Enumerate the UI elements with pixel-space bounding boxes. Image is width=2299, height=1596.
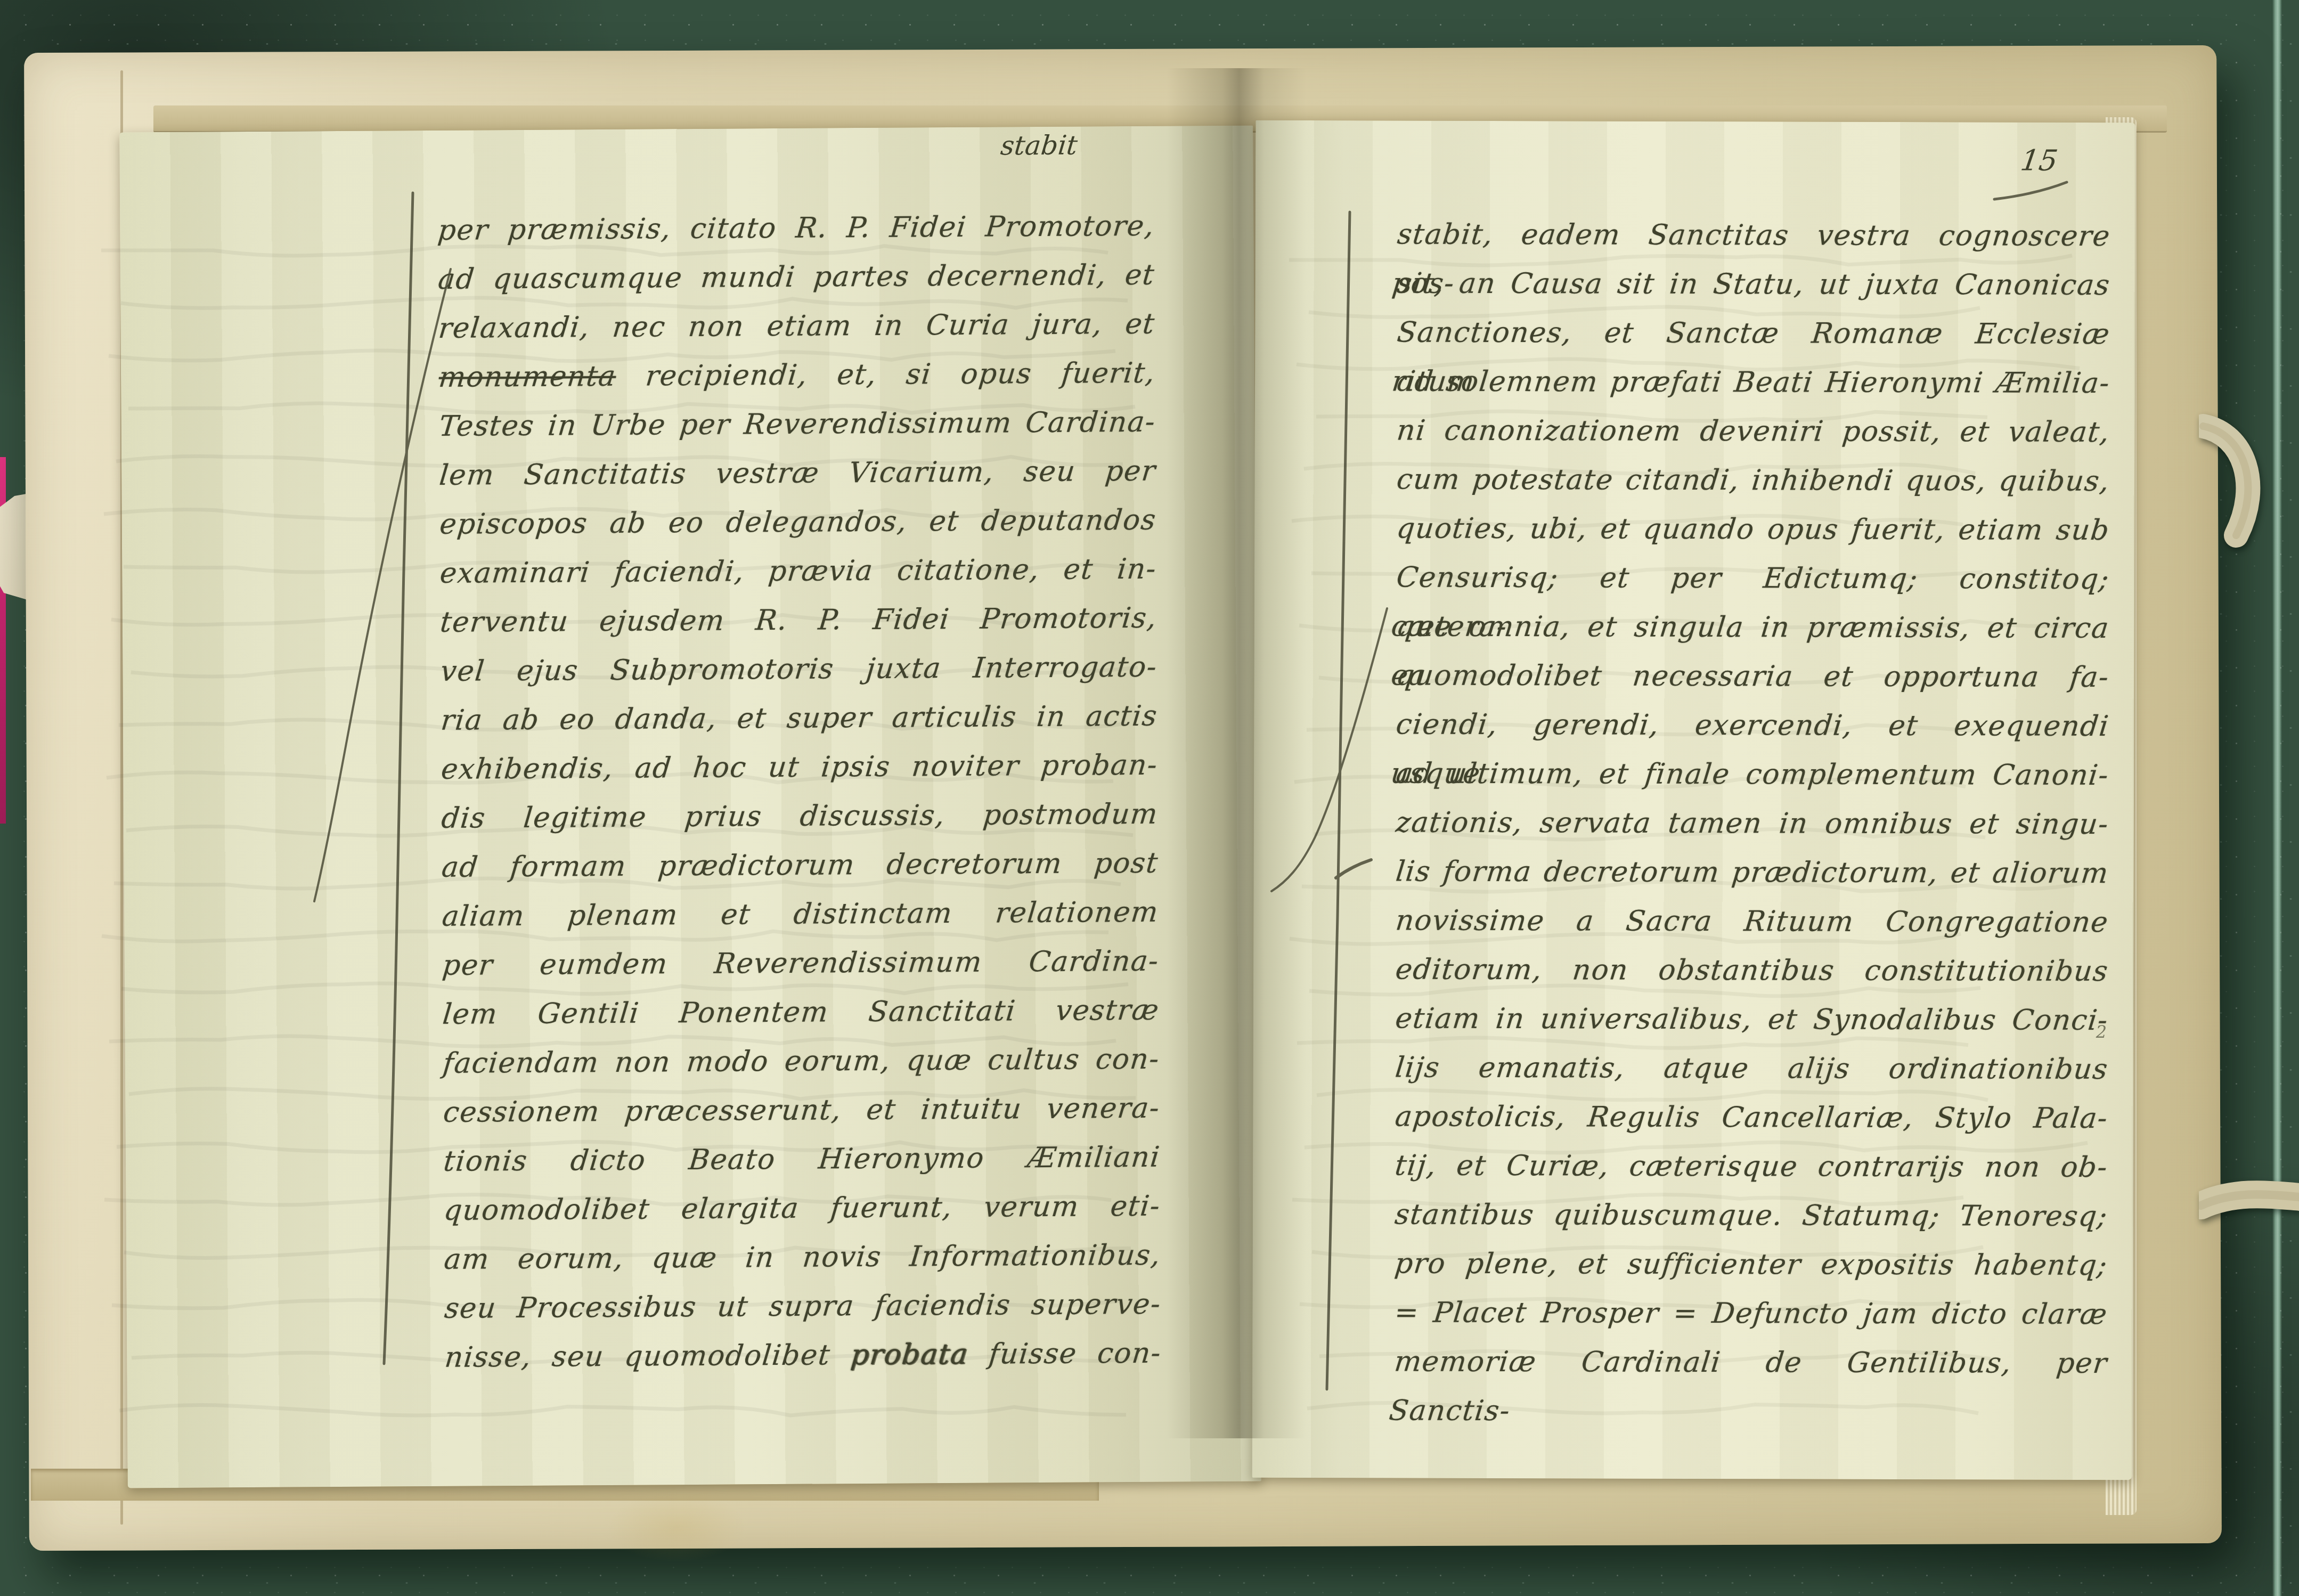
- manuscript-text-line: editorum, non obstantibus constitutionib…: [1393, 946, 2111, 996]
- manuscript-text-line: = Placet Prosper = Defuncto jam dicto cl…: [1392, 1289, 2110, 1339]
- right-edge-ruler-line: [2272, 0, 2282, 1596]
- manuscript-text-line: lis forma decretorum prædictorum, et ali…: [1393, 848, 2112, 898]
- manuscript-text-line: stabit, eadem Sanctitas vestra cognoscer…: [1395, 210, 2113, 261]
- manuscript-text-line: per præmissis, citato R. P. Fidei Promot…: [436, 202, 1157, 255]
- binding-tie-right-lower: [2199, 1164, 2299, 1233]
- manuscript-text-line: ad quascumque mundi partes decernendi, e…: [436, 251, 1157, 304]
- left-page: per præmissis, citato R. P. Fidei Promot…: [119, 126, 1261, 1488]
- manuscript-text-line: aliam plenam et distinctam relationem: [440, 888, 1161, 941]
- photo-scene: per præmissis, citato R. P. Fidei Promot…: [0, 0, 2299, 1596]
- manuscript-text-line: ad ultimum, et finale complementum Canon…: [1393, 750, 2112, 800]
- manuscript-text-line: nisse, seu quomodolibet probata fuisse c…: [443, 1329, 1164, 1382]
- manuscript-text-line: quoties, ubi, et quando opus fuerit, eti…: [1394, 504, 2112, 555]
- manuscript-text-line: am eorum, quæ in novis Informationibus,: [442, 1231, 1163, 1284]
- manuscript-text-line: per eumdem Reverendissimum Cardina-: [440, 937, 1161, 990]
- manuscript-text-line: quomodolibet necessaria et opportuna fa-: [1393, 652, 2112, 702]
- manuscript-text-line: seu Processibus ut supra faciendis super…: [442, 1280, 1163, 1333]
- binding-tie-right-upper: [2199, 405, 2279, 559]
- manuscript-text-line: Testes in Urbe per Reverendissimum Cardi…: [437, 398, 1158, 451]
- manuscript-text-line: vel ejus Subpromotoris juxta Interrogato…: [438, 643, 1160, 696]
- manuscript-text-line: zationis, servata tamen in omnibus et si…: [1393, 799, 2112, 849]
- manuscript-text-line: ciendi, gerendi, exercendi, et exequendi…: [1393, 701, 2112, 751]
- manuscript-text-line: lijs emanatis, atque alijs ordinationibu…: [1393, 1044, 2111, 1094]
- manuscript-text-line: stantibus quibuscumque. Statumq; Tenores…: [1392, 1191, 2110, 1241]
- manuscript-text-line: ni canonizationem deveniri possit, et va…: [1395, 406, 2113, 457]
- left-page-text: per præmissis, citato R. P. Fidei Promot…: [435, 202, 1159, 1382]
- manuscript-text-line: exhibendis, ad hoc ut ipsis noviter prob…: [439, 741, 1160, 794]
- manuscript-text-line: novissime a Sacra Rituum Congregatione: [1393, 897, 2111, 947]
- manuscript-text-line: Sanctiones, et Sanctæ Romanæ Ecclesiæ ri…: [1395, 308, 2113, 359]
- manuscript-text-line: que omnia, et singula in præmissis, et c…: [1394, 602, 2112, 653]
- right-page-text: stabit, eadem Sanctitas vestra cognoscer…: [1392, 210, 2108, 1388]
- manuscript-text-line: lem Sanctitatis vestræ Vicarium, seu per: [437, 447, 1158, 500]
- manuscript-text-line: pro plene, et sufficienter expositis hab…: [1392, 1240, 2110, 1290]
- manuscript-text-line: dis legitime prius discussis, postmodum: [439, 790, 1160, 843]
- manuscript-text-line: ad formam prædictorum decretorum post: [439, 839, 1161, 892]
- manuscript-text-line: terventu ejusdem R. P. Fidei Promotoris,: [438, 594, 1159, 647]
- manuscript-text-line: memoriæ Cardinali de Gentilibus, per San…: [1392, 1338, 2110, 1388]
- manuscript-text-line: tij, et Curiæ, cæterisque contrarijs non…: [1392, 1142, 2110, 1192]
- manuscript-text-line: ad solemnem præfati Beati Hieronymi Æmil…: [1395, 357, 2113, 408]
- folio-number: 15: [1997, 144, 2082, 177]
- manuscript-text-line: cessionem præcesserunt, et intuitu vener…: [441, 1084, 1162, 1137]
- right-page: 15 2 stabit, eadem Sanctitas vestra cogn…: [1252, 120, 2136, 1480]
- manuscript-text-line: examinari faciendi, prævia citatione, et…: [438, 545, 1159, 598]
- manuscript-text-line: tionis dicto Beato Hieronymo Æmiliani: [441, 1133, 1162, 1186]
- manuscript-text-line: etiam in universalibus, et Synodalibus C…: [1393, 995, 2111, 1045]
- manuscript-text-line: lem Gentili Ponentem Sanctitati vestræ: [441, 986, 1162, 1039]
- manuscript-text-line: episcopos ab eo delegandos, et deputando…: [437, 496, 1159, 549]
- manuscript-text-line: faciendam non modo eorum, quæ cultus con…: [441, 1035, 1162, 1088]
- manuscript-text-line: sit, an Causa sit in Statu, ut juxta Can…: [1395, 259, 2113, 310]
- manuscript-text-line: monumenta recipiendi, et, si opus fuerit…: [436, 349, 1157, 402]
- manuscript-book: per præmissis, citato R. P. Fidei Promot…: [27, 49, 2219, 1547]
- manuscript-text-line: quomodolibet elargita fuerunt, verum eti…: [442, 1182, 1163, 1235]
- manuscript-text-line: Censurisq; et per Edictumq; constitoq; c…: [1394, 553, 2112, 604]
- catchword: stabit: [118, 129, 1255, 167]
- manuscript-text-line: cum potestate citandi, inhibendi quos, q…: [1394, 455, 2112, 506]
- manuscript-text-line: ria ab eo danda, et super articulis in a…: [438, 692, 1160, 745]
- manuscript-text-line: apostolicis, Regulis Cancellariæ, Stylo …: [1392, 1093, 2110, 1143]
- manuscript-text-line: relaxandi, nec non etiam in Curia jura, …: [436, 300, 1157, 353]
